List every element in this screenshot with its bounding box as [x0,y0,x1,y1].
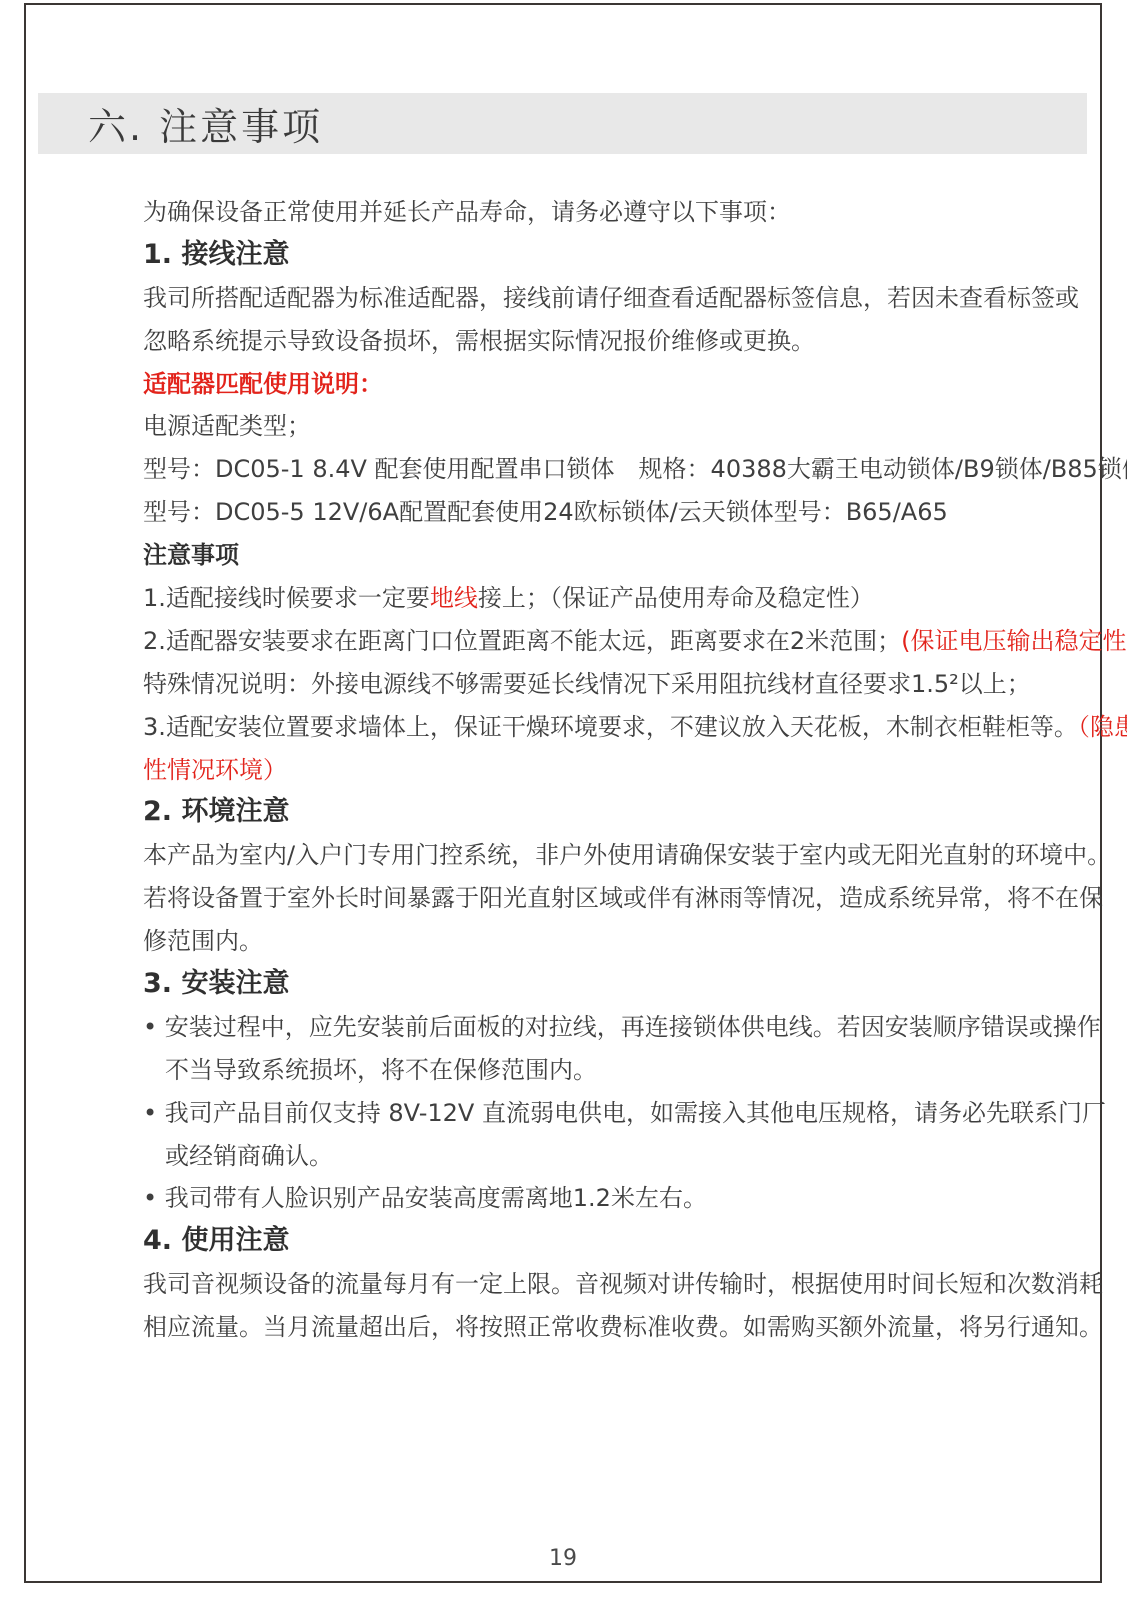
section-header-bar: 六. 注意事项 [38,93,1087,154]
text-segment: 2.适配器安装要求在距离门口位置距离不能太远，距离要求在2米范围； [143,627,901,655]
text-segment: 性情况环境） [143,756,287,784]
text-segment: 1. 接线注意 [143,239,289,270]
text-segment: 1.适配接线时候要求一定要 [143,584,430,612]
text-segment: 2. 环境注意 [143,796,289,827]
section-heading: 3. 安装注意 [143,963,1058,1006]
text-line: 型号：DC05-1 8.4V 配套使用配置串口锁体 规格：40388大霸王电动锁… [143,448,1058,491]
section-title: 六. 注意事项 [88,96,323,151]
text-segment: 特殊情况说明：外接电源线不够需要延长线情况下采用阻抗线材直径要求1.5²以上； [143,670,1031,698]
red-text-segment: 地线 [430,584,478,612]
section-heading: 2. 环境注意 [143,791,1058,834]
text-line: • 安装过程中，应先安装前后面板的对拉线，再连接锁体供电线。若因安装顺序错误或操… [143,1006,1058,1049]
text-segment: 我司音视频设备的流量每月有一定上限。音视频对讲传输时，根据使用时间长短和次数消耗 [143,1270,1103,1298]
text-segment: 为确保设备正常使用并延长产品寿命，请务必遵守以下事项： [143,198,791,226]
text-line: 1.适配接线时候要求一定要地线接上；（保证产品使用寿命及稳定性） [143,577,1058,620]
page-number: 19 [24,1546,1102,1571]
text-line: 为确保设备正常使用并延长产品寿命，请务必遵守以下事项： [143,191,1058,234]
text-segment: 我司所搭配适配器为标准适配器，接线前请仔细查看适配器标签信息，若因未查看标签或 [143,284,1079,312]
text-segment: 3.适配安装位置要求墙体上，保证干燥环境要求，不建议放入天花板，木制衣柜鞋柜等。 [143,713,1078,741]
text-segment: • 我司产品目前仅支持 8V-12V 直流弱电供电，如需接入其他电压规格，请务必… [143,1099,1106,1127]
text-segment: 3. 安装注意 [143,968,289,999]
text-line: 修范围内。 [143,920,1058,963]
text-line: 不当导致系统损坏，将不在保修范围内。 [143,1049,1058,1092]
text-line: • 我司带有人脸识别产品安装高度需离地1.2米左右。 [143,1177,1058,1220]
text-line: 3.适配安装位置要求墙体上，保证干燥环境要求，不建议放入天花板，木制衣柜鞋柜等。… [143,706,1058,749]
text-segment: 本产品为室内/入户门专用门控系统，非户外使用请确保安装于室内或无阳光直射的环境中… [143,841,1111,869]
red-heading: 适配器匹配使用说明： [143,363,1058,406]
text-segment: 不当导致系统损坏，将不在保修范围内。 [165,1056,597,1084]
text-segment: 修范围内。 [143,927,263,955]
text-segment: 型号：DC05-5 12V/6A配置配套使用24欧标锁体/云天锁体型号：B65/… [143,498,948,526]
text-line: 特殊情况说明：外接电源线不够需要延长线情况下采用阻抗线材直径要求1.5²以上； [143,663,1058,706]
text-segment: 型号：DC05-1 8.4V 配套使用配置串口锁体 规格：40388大霸王电动锁… [143,455,1127,483]
section-heading: 1. 接线注意 [143,234,1058,277]
text-line: 电源适配类型； [143,405,1058,448]
text-line: 我司所搭配适配器为标准适配器，接线前请仔细查看适配器标签信息，若因未查看标签或 [143,277,1058,320]
text-segment: 若将设备置于室外长时间暴露于阳光直射区域或伴有淋雨等情况，造成系统异常，将不在保 [143,884,1103,912]
text-segment: • 我司带有人脸识别产品安装高度需离地1.2米左右。 [143,1184,707,1212]
text-line: 忽略系统提示导致设备损坏，需根据实际情况报价维修或更换。 [143,320,1058,363]
text-line: 型号：DC05-5 12V/6A配置配套使用24欧标锁体/云天锁体型号：B65/… [143,491,1058,534]
text-line: • 我司产品目前仅支持 8V-12V 直流弱电供电，如需接入其他电压规格，请务必… [143,1092,1058,1135]
text-line: 性情况环境） [143,749,1058,792]
sub-heading: 注意事项 [143,534,1058,577]
text-line: 本产品为室内/入户门专用门控系统，非户外使用请确保安装于室内或无阳光直射的环境中… [143,834,1058,877]
text-line: 若将设备置于室外长时间暴露于阳光直射区域或伴有淋雨等情况，造成系统异常，将不在保 [143,877,1058,920]
text-line: 我司音视频设备的流量每月有一定上限。音视频对讲传输时，根据使用时间长短和次数消耗 [143,1263,1058,1306]
text-segment: 相应流量。当月流量超出后，将按照正常收费标准收费。如需购买额外流量，将另行通知。 [143,1313,1103,1341]
text-segment: 注意事项 [143,541,239,569]
text-segment: 接上；（保证产品使用寿命及稳定性） [478,584,874,612]
text-line: 2.适配器安装要求在距离门口位置距离不能太远，距离要求在2米范围；(保证电压输出… [143,620,1058,663]
text-segment: 或经销商确认。 [165,1142,333,1170]
red-text-segment: （隐患 [1078,713,1127,741]
text-line: 或经销商确认。 [143,1135,1058,1178]
text-segment: 电源适配类型； [143,412,311,440]
text-segment: 4. 使用注意 [143,1225,289,1256]
text-line: 相应流量。当月流量超出后，将按照正常收费标准收费。如需购买额外流量，将另行通知。 [143,1306,1058,1349]
text-segment: 忽略系统提示导致设备损坏，需根据实际情况报价维修或更换。 [143,327,815,355]
text-segment: 适配器匹配使用说明： [143,370,383,398]
document-page: { "header": { "title": "六. 注意事项" }, "foo… [0,0,1127,1600]
red-text-segment: (保证电压输出稳定性) [901,627,1127,655]
content: 为确保设备正常使用并延长产品寿命，请务必遵守以下事项：1. 接线注意我司所搭配适… [143,191,1058,1349]
section-heading: 4. 使用注意 [143,1220,1058,1263]
text-segment: • 安装过程中，应先安装前后面板的对拉线，再连接锁体供电线。若因安装顺序错误或操… [143,1013,1101,1041]
